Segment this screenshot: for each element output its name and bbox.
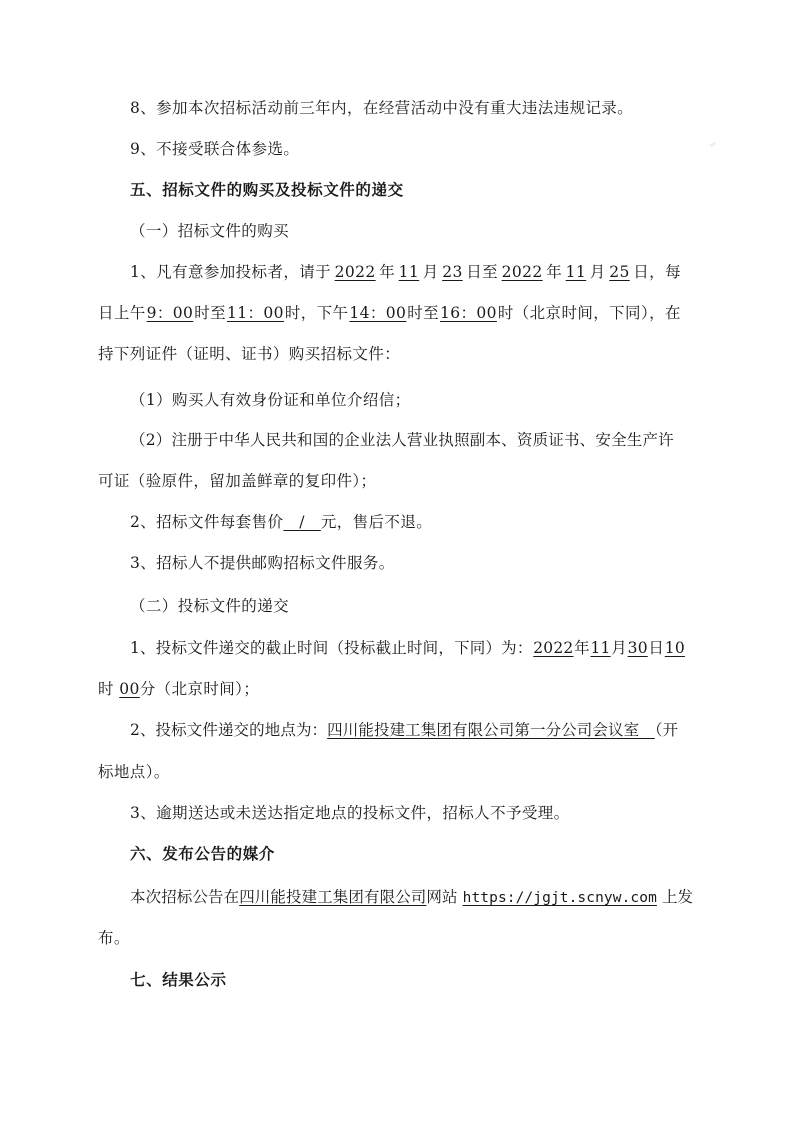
end-day: 25: [609, 261, 630, 283]
end-month: 11: [566, 261, 587, 283]
media-line-2: 布。: [98, 927, 688, 949]
am-end-time: 11：00: [227, 302, 284, 324]
text: 本次招标公告在: [130, 888, 239, 906]
text: 时，下午: [285, 302, 349, 324]
start-day: 23: [442, 261, 463, 283]
text: 日上午: [98, 302, 146, 324]
text: 年: [546, 261, 562, 283]
section-6-heading: 六、发布公告的媒介: [130, 843, 690, 865]
text: 年: [379, 261, 395, 283]
text: 时: [98, 680, 114, 698]
text: 元，售后不退。: [321, 513, 432, 531]
section-7-heading: 七、结果公示: [130, 969, 690, 991]
text: 时至: [407, 302, 439, 324]
text: 日至: [466, 261, 498, 283]
deadline-line-2: 时 00分（北京时间）；: [98, 678, 688, 700]
section-5-heading: 五、招标文件的购买及投标文件的递交: [130, 179, 690, 201]
location-line-1: 2、投标文件递交的地点为：四川能投建工集团有限公司第一分公司会议室 （开: [130, 719, 690, 741]
requirement-2-line-1: （2）注册于中华人民共和国的企业法人营业执照副本、资质证书、安全生产许: [130, 429, 681, 451]
deadline-day: 30: [628, 637, 648, 659]
deadline-year: 2022: [533, 637, 573, 659]
pm-start-time: 14：00: [349, 302, 406, 324]
pm-end-time: 16：00: [440, 302, 497, 324]
deadline-line-1: 1、投标文件递交的截止时间（投标截止时间，下同）为： 2022 年 11 月 3…: [130, 637, 685, 659]
item-8: 8、参加本次招标活动前三年内，在经营活动中没有重大违法违规记录。: [130, 97, 690, 119]
deadline-hour: 10: [665, 637, 685, 659]
text: 时（北京时间，下同），在: [498, 302, 681, 324]
item-9: 9、不接受联合体参选。: [130, 138, 690, 160]
media-line-1: 本次招标公告在四川能投建工集团有限公司网站 https://jgjt.scnyw…: [130, 886, 690, 909]
late-submission-note: 3、逾期送达或未送达指定地点的投标文件，招标人不予受理。: [130, 802, 690, 824]
purchase-period-line-2: 日上午 9：00 时至 11：00 时，下午 14：00 时至 16：00 时（…: [98, 302, 681, 324]
text: 月: [423, 261, 439, 283]
text: 年: [574, 637, 590, 659]
price-value: /: [283, 513, 320, 531]
price-line: 2、招标文件每套售价 / 元，售后不退。: [130, 511, 690, 533]
purchase-period-line-3: 持下列证件（证明、证书）购买招标文件：: [98, 343, 688, 365]
text: 网站: [426, 888, 457, 906]
text: 日: [648, 637, 664, 659]
subsection-1-heading: （一）招标文件的购买: [130, 220, 690, 242]
deadline-month: 11: [591, 637, 611, 659]
text: 1、投标文件递交的截止时间（投标截止时间，下同）为：: [130, 637, 533, 659]
purchase-period-line-1: 1、凡有意参加投标者，请于 2022 年 11 月 23 日至 2022 年 1…: [130, 261, 681, 283]
submission-location: 四川能投建工集团有限公司第一分公司会议室: [327, 721, 655, 739]
text: 分（北京时间）；: [140, 680, 259, 698]
text: 月: [611, 637, 627, 659]
text: 时至: [194, 302, 226, 324]
end-year: 2022: [502, 261, 543, 283]
text: 日，每: [633, 261, 681, 283]
scan-speck: [710, 142, 717, 148]
requirement-1: （1）购买人有效身份证和单位介绍信；: [130, 389, 690, 411]
deadline-minute: 00: [119, 680, 140, 698]
text: 上发: [662, 888, 693, 906]
text: 2、招标文件每套售价: [130, 513, 283, 531]
text: （开: [655, 721, 678, 739]
start-year: 2022: [335, 261, 376, 283]
am-start-time: 9：00: [147, 302, 194, 324]
text: 1、凡有意参加投标者，请于: [130, 261, 331, 283]
mail-order-note: 3、招标人不提供邮购招标文件服务。: [130, 552, 690, 574]
document-page: 8、参加本次招标活动前三年内，在经营活动中没有重大违法违规记录。 9、不接受联合…: [0, 0, 794, 1123]
requirement-2-line-2: 可证（验原件，留加盖鲜章的复印件）；: [98, 470, 688, 492]
publisher-company: 四川能投建工集团有限公司: [239, 888, 426, 906]
website-link[interactable]: https://jgjt.scnyw.com: [463, 890, 657, 906]
text: 月: [590, 261, 606, 283]
start-month: 11: [399, 261, 420, 283]
text: 2、投标文件递交的地点为：: [130, 721, 327, 739]
location-line-2: 标地点）。: [98, 761, 688, 783]
subsection-2-heading: （二）投标文件的递交: [130, 595, 690, 617]
